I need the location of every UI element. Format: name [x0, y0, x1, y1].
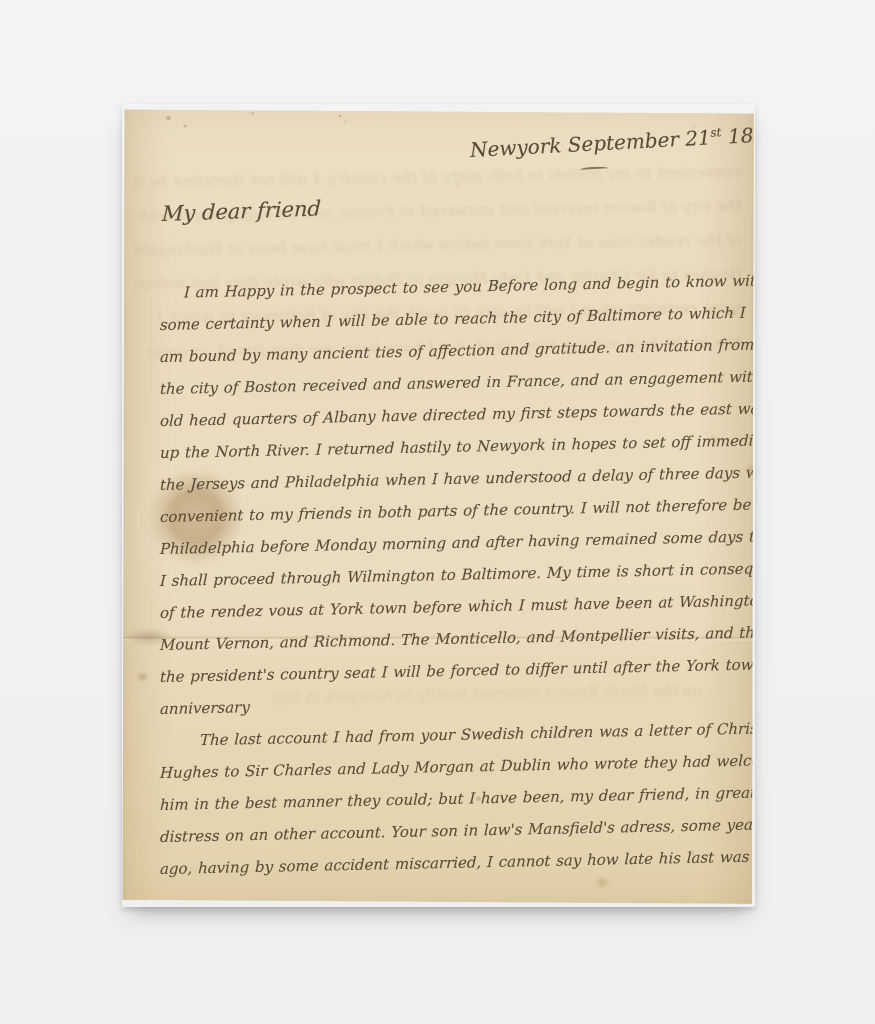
verso-bleed-line: of the rendez vous at York town before w… — [133, 223, 742, 268]
foxing-spot — [250, 111, 255, 116]
paper-surface: convenient to my friends in both parts o… — [122, 104, 755, 907]
foxing-spot — [344, 120, 347, 123]
foxing-spot — [134, 670, 151, 684]
dateline-underline-flourish — [580, 166, 608, 169]
dateline-year: 1824 — [727, 122, 755, 149]
letter-salutation: My dear friend — [162, 196, 322, 226]
letter-body: I am Happy in the prospect to see you Be… — [160, 277, 754, 885]
foxing-spot — [182, 123, 188, 129]
foxing-spot — [338, 114, 342, 118]
letter-dateline: Newyork September 21st 1824 — [469, 123, 755, 162]
photo-backdrop: convenient to my friends in both parts o… — [0, 0, 875, 1024]
letter-paper: convenient to my friends in both parts o… — [122, 104, 755, 907]
verso-bleed-line: convenient to my friends in both parts o… — [132, 155, 741, 200]
dateline-place-month-day: Newyork September 21 — [469, 125, 711, 162]
foxing-spot — [452, 180, 464, 189]
foxing-spot — [164, 114, 173, 122]
dateline-ordinal: st — [710, 125, 722, 140]
